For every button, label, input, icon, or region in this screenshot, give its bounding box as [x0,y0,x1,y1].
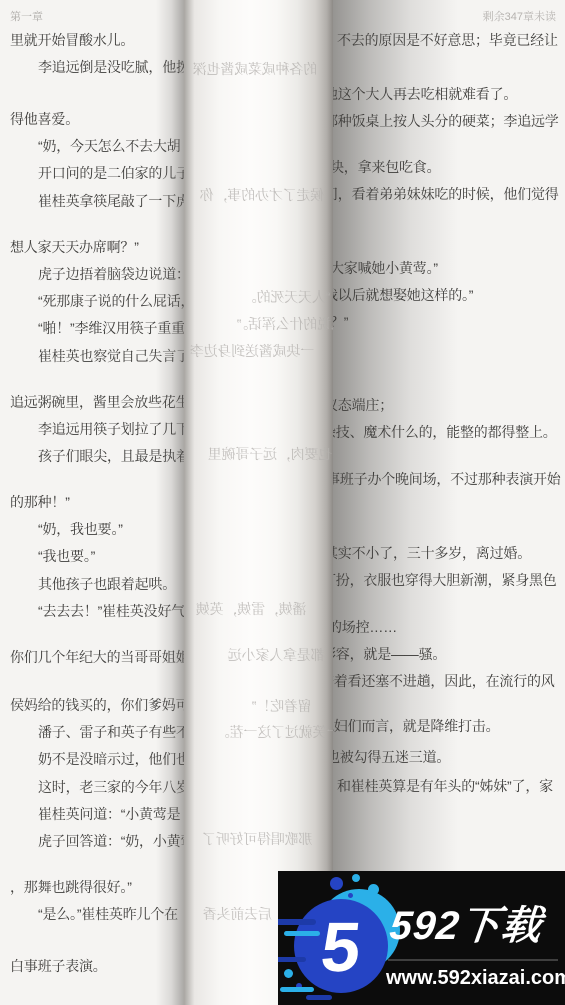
left-page-text-line: 白事班子表演。 [10,957,107,975]
right-page-text-line: 其实不小了，三十多岁，离过婚。 [324,544,531,562]
right-page-text-line: 挤着看还塞不进趟，因此，在流行的风 [320,672,555,690]
left-page-text-line: 潘子、雷子和英子有些不 [38,723,190,741]
left-page-text-line: “奶，我也要。” [38,520,123,538]
mirrored-ghost-text-line: 一块咸酱送到身边李 [190,342,314,360]
mirrored-ghost-text-line: “人天天死的。 [243,288,330,306]
left-page-text-line: 虎子回答道：“奶，小黄莺 [38,832,194,850]
badge-number: 5 [304,905,379,989]
watermark-badge: 5 592下载 www.592xiazai.com [278,871,565,1005]
left-page-text-line: 奶不是没暗示过，他们也 [38,750,190,768]
left-page-text-line: 想人家天天办席啊？” [10,238,139,256]
left-page-text-line: 崔桂英也察觉自己失言了 [38,347,190,365]
right-page-text-line: 那种饭桌上按人头分的硬菜；李追远学 [324,112,559,130]
badge-dot [352,874,360,882]
left-page-text-line: 侯妈给的钱买的，你们爹妈可 [10,696,189,714]
left-page-text-line: 开口问的是二伯家的儿子 [38,164,190,182]
mirrored-ghost-text-line: 儿说的什么浑话。” [237,315,333,333]
right-page-text-line: 媳妇们而言，就是降维打击。 [320,717,499,735]
right-page-text-line: 事班子办个晚间场，不过那种表演开始 [326,470,561,488]
badge-site-name: 592下载 [388,903,545,949]
badge-dot [330,877,343,890]
mirrored-ghost-text-line: 后去前头香 [203,905,272,923]
right-page-text-line: 杂技、魔术什么的，能整的都得整上。 [322,423,557,441]
reader-surface[interactable]: 第一章 剩余347章未读 里就开始冒酸水儿。李追远倒是没吃腻，他拨得他喜爱。“奶… [0,0,565,1005]
left-page-text-line: ，那舞也跳得很好。” [10,878,132,896]
left-page-text-line: 的那种！” [10,493,70,511]
left-page-text-line: 孩子们眼尖，且最是执着 [38,447,190,465]
right-page-text-line: 块，拿来包吃食。 [330,158,440,176]
mirrored-ghost-text-line: 的各种咸菜咸酱也深 [193,60,317,78]
mirrored-ghost-text-line: 潘姨，雷姨，英姨 [196,600,306,618]
badge-speed-line [306,995,332,1000]
left-page-text-line: 李追远用筷子划拉了几下 [38,420,190,438]
left-page-text-line: 里就开始冒酸水儿。 [10,31,134,49]
left-page-text-line: 崔桂英拿筷尾敲了一下虎 [38,192,190,210]
left-page-text-line: 得他喜爱。 [10,110,79,128]
right-page-text-line: 形容，就是——骚。 [322,645,446,663]
left-page-text-line: 你们几个年纪大的当哥哥姐姐 [10,648,189,666]
right-page-text-line: 大家喊她小黄莺。” [330,259,438,277]
right-page-text-line: 他这个大人再去吃相就难看了。 [324,85,517,103]
left-page-text-line: 这时，老三家的今年八岁 [38,778,190,796]
mirrored-ghost-text-line: 一笑就过了这一茬。 [216,723,333,741]
left-page-text-line: “死那康子说的什么屁话， [38,292,194,310]
turning-page-back[interactable]: 的各种咸菜咸酱也深候走了才办的事，你“人天天死的。儿说的什么浑话。”一块咸酱送到… [184,0,333,1005]
right-page-text-line: 门，看着弟弟妹妹吃的时候，他们觉得 [324,185,559,203]
left-page-text-line: 其他孩子也跟着起哄。 [38,575,176,593]
right-page-text-line: 打扮，衣服也穿得大胆新潮，紧身黑色 [322,571,557,589]
right-page-text-line: 和崔桂英算是有年头的“姊妹”了，家 [337,777,553,795]
left-page-text-line: 追远粥碗里，酱里会放些花生 [10,393,189,411]
mirrored-ghost-text-line: 那歌唱得可好听了 [202,830,312,848]
ebook-reader-screen: { "header": { "chapter": "第一章", "remaini… [0,0,565,1005]
left-page-text-line: “我也要。” [38,547,95,565]
badge-dot [284,969,293,978]
mirrored-ghost-text-line: 候走了才办的事，你 [200,186,324,204]
right-page-text-line: 仪态端庄； [324,396,393,414]
right-page-text-line: 我以后就想娶她这样的。” [324,286,473,304]
right-page-text-line: 不去的原因是不好意思；毕竟已经让 [337,31,558,49]
left-page-text-line: 崔桂英问道：“小黄莺是 [38,805,180,823]
mirrored-ghost-text-line: 也要肉，远子哥碗里 [208,445,332,463]
mirrored-ghost-text-line: 的，都是拿人家小远 [228,646,333,664]
right-page-text-line: 也被勾得五迷三道。 [326,748,450,766]
left-page-text-line: 李追远倒是没吃腻，他拨 [38,58,190,76]
left-page-text-line: “啪！”李维汉用筷子重重 [38,319,185,337]
badge-dot [348,893,353,898]
badge-site-url: www.592xiazai.com [386,965,565,991]
mirrored-ghost-text-line: 留着吃！” [252,697,312,715]
badge-dot [368,884,379,895]
left-page-text-line: 虎子边捂着脑袋边说道： [38,265,190,283]
right-page-text-line: 的场控…… [328,618,397,636]
left-page-text-line: “奶，今天怎么不去大胡 [38,137,180,155]
left-page-text-line: “去去去！”崔桂英没好气 [38,602,185,620]
left-page-text-line: “是么。”崔桂英昨儿个在 [38,905,178,923]
badge-speed-line [278,957,306,962]
badge-divider [388,959,558,961]
